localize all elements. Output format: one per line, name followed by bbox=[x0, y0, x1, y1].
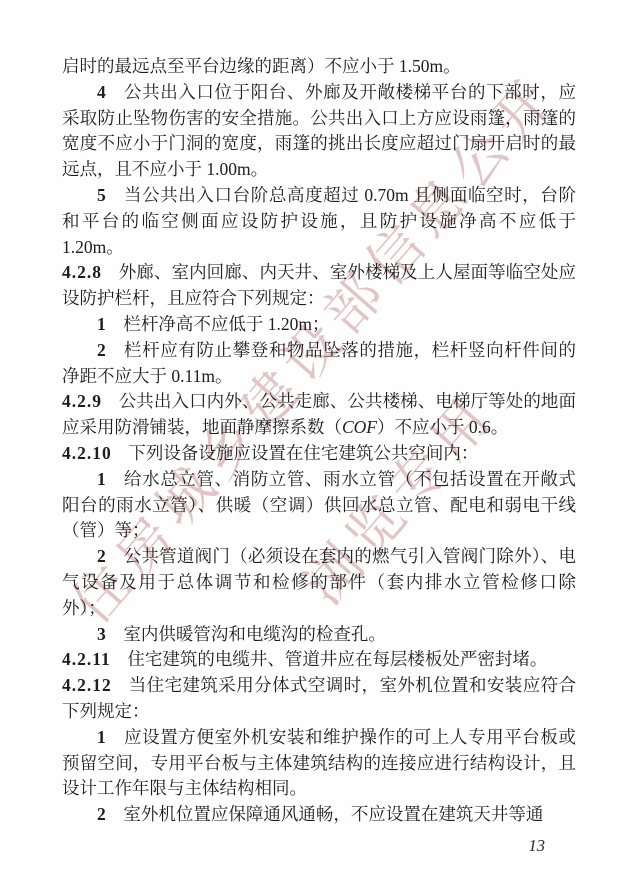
paragraph-text: 启时的最远点至平台边缘的距离）不应小于 1.50m。 bbox=[62, 56, 461, 76]
text-run: 下列设备设施应设置在住宅建筑公共空间内： bbox=[128, 443, 478, 463]
document-body: 启时的最远点至平台边缘的距离）不应小于 1.50m。 4公共出入口位于阳台、外廊… bbox=[62, 54, 576, 828]
text-run: 栏杆净高不应低于 1.20m； bbox=[123, 314, 329, 334]
paragraph-text: 当公共出入口台阶总高度超过 0.70m 且侧面临空时，台阶和平台的临空侧面应设防… bbox=[62, 185, 576, 257]
paragraph-text: 住宅建筑的电缆井、管道井应在每层楼板处严密封堵。 bbox=[127, 649, 547, 669]
clause-number: 4.2.11 bbox=[62, 649, 111, 669]
page-number: 13 bbox=[529, 836, 546, 856]
text-run: 当住宅建筑采用分体式空调时，室外机位置和安装应符合下列规定： bbox=[62, 675, 576, 721]
text-run: 公共管道阀门（必须设在套内的燃气引入管阀门除外）、电气设备及用于总体调节和检修的… bbox=[62, 546, 576, 618]
clause-number: 4 bbox=[97, 82, 107, 102]
text-run: 室外机位置应保障通风通畅，不应设置在建筑天井等通 bbox=[123, 804, 543, 824]
paragraph: 4.2.10下列设备设施应设置在住宅建筑公共空间内： bbox=[62, 441, 576, 467]
clause-number: 4.2.12 bbox=[62, 675, 112, 695]
paragraph-text: 栏杆应有防止攀登和物品坠落的措施，栏杆竖向杆件间的净距不应大于 0.11m。 bbox=[62, 340, 576, 386]
clause-number: 1 bbox=[97, 727, 107, 747]
paragraph-text: 外廊、室内回廊、内天井、室外楼梯及上人屋面等临空处应设防护栏杆，且应符合下列规定… bbox=[62, 262, 576, 308]
paragraph-text: 公共出入口内外、公共走廊、公共楼梯、电梯厅等处的地面应采用防滑铺装，地面静摩擦系… bbox=[62, 391, 576, 437]
paragraph-text: 当住宅建筑采用分体式空调时，室外机位置和安装应符合下列规定： bbox=[62, 675, 576, 721]
paragraph-text: 室外机位置应保障通风通畅，不应设置在建筑天井等通 bbox=[123, 804, 543, 824]
paragraph: 1应设置方便室外机安装和维护操作的可上人专用平台板或预留空间，专用平台板与主体建… bbox=[62, 725, 576, 802]
italic-text-run: COF bbox=[342, 417, 377, 437]
paragraph: 1给水总立管、消防立管、雨水立管（不包括设置在开敞式阳台的雨水立管）、供暖（空调… bbox=[62, 467, 576, 544]
clause-number: 4.2.9 bbox=[62, 391, 102, 411]
text-run: 给水总立管、消防立管、雨水立管（不包括设置在开敞式阳台的雨水立管）、供暖（空调）… bbox=[62, 469, 576, 541]
clause-number: 4.2.8 bbox=[62, 262, 102, 282]
clause-number: 1 bbox=[97, 314, 107, 334]
text-run: 住宅建筑的电缆井、管道井应在每层楼板处严密封堵。 bbox=[127, 649, 547, 669]
clause-number: 5 bbox=[97, 185, 107, 205]
paragraph-text: 给水总立管、消防立管、雨水立管（不包括设置在开敞式阳台的雨水立管）、供暖（空调）… bbox=[62, 469, 576, 541]
paragraph: 启时的最远点至平台边缘的距离）不应小于 1.50m。 bbox=[62, 54, 576, 80]
clause-number: 4.2.10 bbox=[62, 443, 112, 463]
text-run: 应设置方便室外机安装和维护操作的可上人专用平台板或预留空间，专用平台板与主体建筑… bbox=[62, 727, 576, 799]
clause-number: 3 bbox=[97, 624, 107, 644]
text-run: 当公共出入口台阶总高度超过 0.70m 且侧面临空时，台阶和平台的临空侧面应设防… bbox=[62, 185, 576, 257]
paragraph: 2栏杆应有防止攀登和物品坠落的措施，栏杆竖向杆件间的净距不应大于 0.11m。 bbox=[62, 338, 576, 390]
paragraph-text: 应设置方便室外机安装和维护操作的可上人专用平台板或预留空间，专用平台板与主体建筑… bbox=[62, 727, 576, 799]
paragraph: 4.2.9公共出入口内外、公共走廊、公共楼梯、电梯厅等处的地面应采用防滑铺装，地… bbox=[62, 389, 576, 441]
text-run: ）不应小于 0.6。 bbox=[377, 417, 508, 437]
clause-number: 2 bbox=[97, 340, 107, 360]
paragraph: 3室内供暖管沟和电缆沟的检查孔。 bbox=[62, 622, 576, 648]
paragraph-text: 公共出入口位于阳台、外廊及开敞楼梯平台的下部时，应采取防止坠物伤害的安全措施。公… bbox=[62, 82, 576, 179]
paragraph-text: 公共管道阀门（必须设在套内的燃气引入管阀门除外）、电气设备及用于总体调节和检修的… bbox=[62, 546, 576, 618]
paragraph: 1栏杆净高不应低于 1.20m； bbox=[62, 312, 576, 338]
text-run: 启时的最远点至平台边缘的距离）不应小于 1.50m。 bbox=[62, 56, 461, 76]
text-run: 室内供暖管沟和电缆沟的检查孔。 bbox=[123, 624, 386, 644]
paragraph-text: 室内供暖管沟和电缆沟的检查孔。 bbox=[123, 624, 386, 644]
paragraph: 4.2.8外廊、室内回廊、内天井、室外楼梯及上人屋面等临空处应设防护栏杆，且应符… bbox=[62, 260, 576, 312]
paragraph: 4.2.12当住宅建筑采用分体式空调时，室外机位置和安装应符合下列规定： bbox=[62, 673, 576, 725]
document-page: 住房城乡建设部信息公开 浏览专用 启时的最远点至平台边缘的距离）不应小于 1.5… bbox=[0, 0, 637, 869]
paragraph: 2公共管道阀门（必须设在套内的燃气引入管阀门除外）、电气设备及用于总体调节和检修… bbox=[62, 544, 576, 621]
text-run: 公共出入口位于阳台、外廊及开敞楼梯平台的下部时，应采取防止坠物伤害的安全措施。公… bbox=[62, 82, 576, 179]
paragraph: 4.2.11住宅建筑的电缆井、管道井应在每层楼板处严密封堵。 bbox=[62, 647, 576, 673]
text-run: 外廊、室内回廊、内天井、室外楼梯及上人屋面等临空处应设防护栏杆，且应符合下列规定… bbox=[62, 262, 576, 308]
clause-number: 2 bbox=[97, 804, 107, 824]
paragraph-text: 下列设备设施应设置在住宅建筑公共空间内： bbox=[128, 443, 478, 463]
text-run: 栏杆应有防止攀登和物品坠落的措施，栏杆竖向杆件间的净距不应大于 0.11m。 bbox=[62, 340, 576, 386]
clause-number: 2 bbox=[97, 546, 107, 566]
paragraph: 4公共出入口位于阳台、外廊及开敞楼梯平台的下部时，应采取防止坠物伤害的安全措施。… bbox=[62, 80, 576, 183]
paragraph: 2室外机位置应保障通风通畅，不应设置在建筑天井等通 bbox=[62, 802, 576, 828]
clause-number: 1 bbox=[97, 469, 107, 489]
paragraph: 5当公共出入口台阶总高度超过 0.70m 且侧面临空时，台阶和平台的临空侧面应设… bbox=[62, 183, 576, 260]
paragraph-text: 栏杆净高不应低于 1.20m； bbox=[123, 314, 329, 334]
